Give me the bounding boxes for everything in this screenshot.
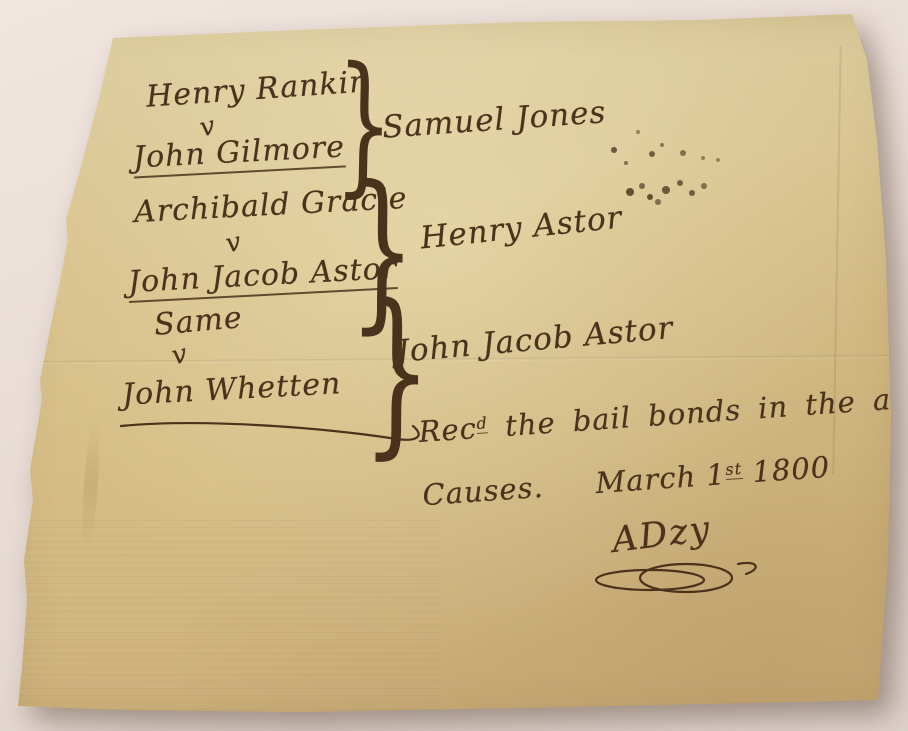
received-abbrev-superscript: d [476,414,489,435]
document-paper: Henry Rankin v John Gilmore } Samuel Jon… [0,0,908,731]
date-year: 1800 [751,450,831,489]
receipt-line-2: Causes. March 1st 1800 [421,450,831,512]
date-ordinal-superscript: st [725,459,743,480]
paper-texture-lines [10,520,440,715]
case3-party1: Same [153,300,244,343]
causes-word: Causes. [421,470,544,512]
receipt-line-1-text: the bail bonds in the above [504,377,908,443]
date-month-day: March 1 [594,457,726,500]
case1-signer-signature: Samuel Jones [381,94,607,146]
case3-signer-signature: John Jacob Astor [395,310,675,370]
receipt-line-1: Recd the bail bonds in the above [417,377,908,449]
paper-smudge [79,420,102,551]
case3-party2: John Whetten [121,366,342,412]
paper-wrapper: Henry Rankin v John Gilmore } Samuel Jon… [0,0,908,731]
case2-versus-mark: v [223,227,245,260]
ink-spatter [0,0,4,4]
case2-signer-signature: Henry Astor [419,200,624,257]
case1-party2: John Gilmore [132,129,346,178]
photo-backdrop: Henry Rankin v John Gilmore } Samuel Jon… [0,0,908,731]
case3-versus-mark: v [169,339,191,372]
signature-paraph-flourish [588,552,768,607]
received-abbrev: Rec [417,411,477,449]
underline-flourish [115,412,445,462]
